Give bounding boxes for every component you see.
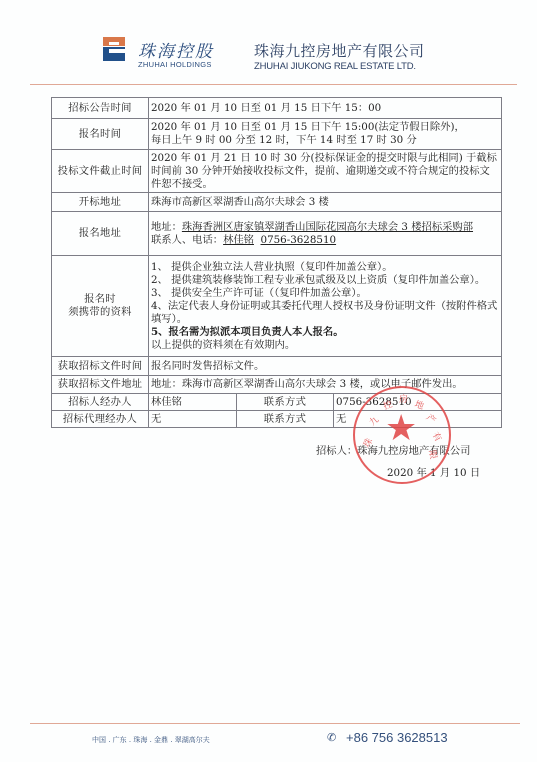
company-name-cn: 珠海九控房地产有限公司 — [254, 40, 425, 61]
footer-divider — [30, 723, 520, 724]
row-label: 招标公告时间 — [52, 98, 149, 119]
table-row: 报名时间 2020 年 01 月 10 日至 01 月 15 日下午 15:00… — [52, 119, 502, 150]
contact-label: 联系方式 — [237, 411, 334, 428]
table-row: 投标文件截止时间 2020 年 01 月 21 日 10 时 30 分(投标保证… — [52, 150, 502, 193]
row-value: 地址：珠海香洲区唐家镇翠湖香山国际花园高尔夫球会 3 楼招标采购部 联系人、电话… — [149, 212, 502, 256]
tender-info-table: 招标公告时间 2020 年 01 月 10 日至 01 月 15 日下午 15：… — [51, 97, 502, 428]
star-icon: ★ — [385, 411, 417, 447]
row-label: 投标文件截止时间 — [52, 150, 149, 193]
list-item: 4、法定代表人身份证明或其委托代理人授权书及身份证明文件（按附件格式填写）。 — [151, 300, 499, 326]
zhuhai-holdings-logo-icon — [103, 37, 125, 61]
phone-icon: ✆ — [327, 731, 336, 744]
company-name-en: ZHUHAI JIUKONG REAL ESTATE LTD. — [254, 61, 416, 72]
table-row: 报名地址 地址：珠海香洲区唐家镇翠湖香山国际花园高尔夫球会 3 楼招标采购部 联… — [52, 212, 502, 256]
footer-phone: +86 756 3628513 — [346, 730, 448, 745]
row-value: 2020 年 01 月 10 日至 01 月 15 日下午 15:00(法定节假… — [149, 119, 502, 150]
table-row: 获取招标文件地址 地址：珠海市高新区翠湖香山高尔夫球会 3 楼，或以电子邮件发出… — [52, 376, 502, 394]
table-row: 报名时 须携带的资料 1、 提供企业独立法人营业执照（复印件加盖公章）。 2、 … — [52, 256, 502, 357]
contact-name: 林佳铭 — [223, 234, 254, 246]
required-documents-list: 1、 提供企业独立法人营业执照（复印件加盖公章）。 2、 提供建筑装修装饰工程专… — [149, 256, 502, 357]
row-label: 报名时 须携带的资料 — [52, 256, 149, 357]
row-label: 获取招标文件时间 — [52, 357, 149, 376]
list-item: 2、 提供建筑装修装饰工程专业承包贰级及以上资质（复印件加盖公章）。 — [151, 274, 499, 287]
table-row: 获取招标文件时间 报名同时发售招标文件。 — [52, 357, 502, 376]
row-label: 报名时间 — [52, 119, 149, 150]
row-value: 地址：珠海市高新区翠湖香山高尔夫球会 3 楼，或以电子邮件发出。 — [149, 376, 502, 394]
list-item: 5、报名需为拟派本项目负责人本人报名。 — [151, 326, 499, 339]
contact-phone: 0756-3628510 — [261, 234, 337, 246]
company-seal: ★ 珠 九 控 房 地 产 有 限 — [353, 386, 451, 484]
row-value: 林佳铭 — [149, 394, 237, 411]
row-value: 报名同时发售招标文件。 — [149, 357, 502, 376]
row-value: 2020 年 01 月 21 日 10 时 30 分(投标保证金的提交时限与此相… — [149, 150, 502, 193]
letterhead: 珠海控股 ZHUHAI HOLDINGS 珠海九控房地产有限公司 ZHUHAI … — [0, 0, 537, 86]
table-row: 招标公告时间 2020 年 01 月 10 日至 01 月 15 日下午 15：… — [52, 98, 502, 119]
row-label: 报名地址 — [52, 212, 149, 256]
row-label: 招标代理经办人 — [52, 411, 149, 428]
row-value: 2020 年 01 月 10 日至 01 月 15 日下午 15：00 — [149, 98, 502, 119]
row-value: 无 — [149, 411, 237, 428]
row-value: 珠海市高新区翠湖香山高尔夫球会 3 楼 — [149, 193, 502, 212]
list-item: 3、 提供安全生产许可证（（复印件加盖公章）。 — [151, 287, 499, 300]
list-item: 1、 提供企业独立法人营业执照（复印件加盖公章）。 — [151, 261, 499, 274]
header-divider — [30, 84, 517, 85]
brand-name-en: ZHUHAI HOLDINGS — [138, 60, 212, 69]
footer-address: 中国 . 广东 . 珠海 . 金鼎 . 翠湖高尔夫 — [92, 735, 210, 745]
brand-name-cn: 珠海控股 — [138, 37, 214, 62]
row-label: 招标人经办人 — [52, 394, 149, 411]
row-label: 获取招标文件地址 — [52, 376, 149, 394]
row-label: 开标地址 — [52, 193, 149, 212]
list-item: 以上提供的资料须在有效期内。 — [151, 339, 499, 352]
contact-label: 联系方式 — [237, 394, 334, 411]
table-row: 开标地址 珠海市高新区翠湖香山高尔夫球会 3 楼 — [52, 193, 502, 212]
registration-address: 珠海香洲区唐家镇翠湖香山国际花园高尔夫球会 3 楼招标采购部 — [182, 221, 473, 233]
